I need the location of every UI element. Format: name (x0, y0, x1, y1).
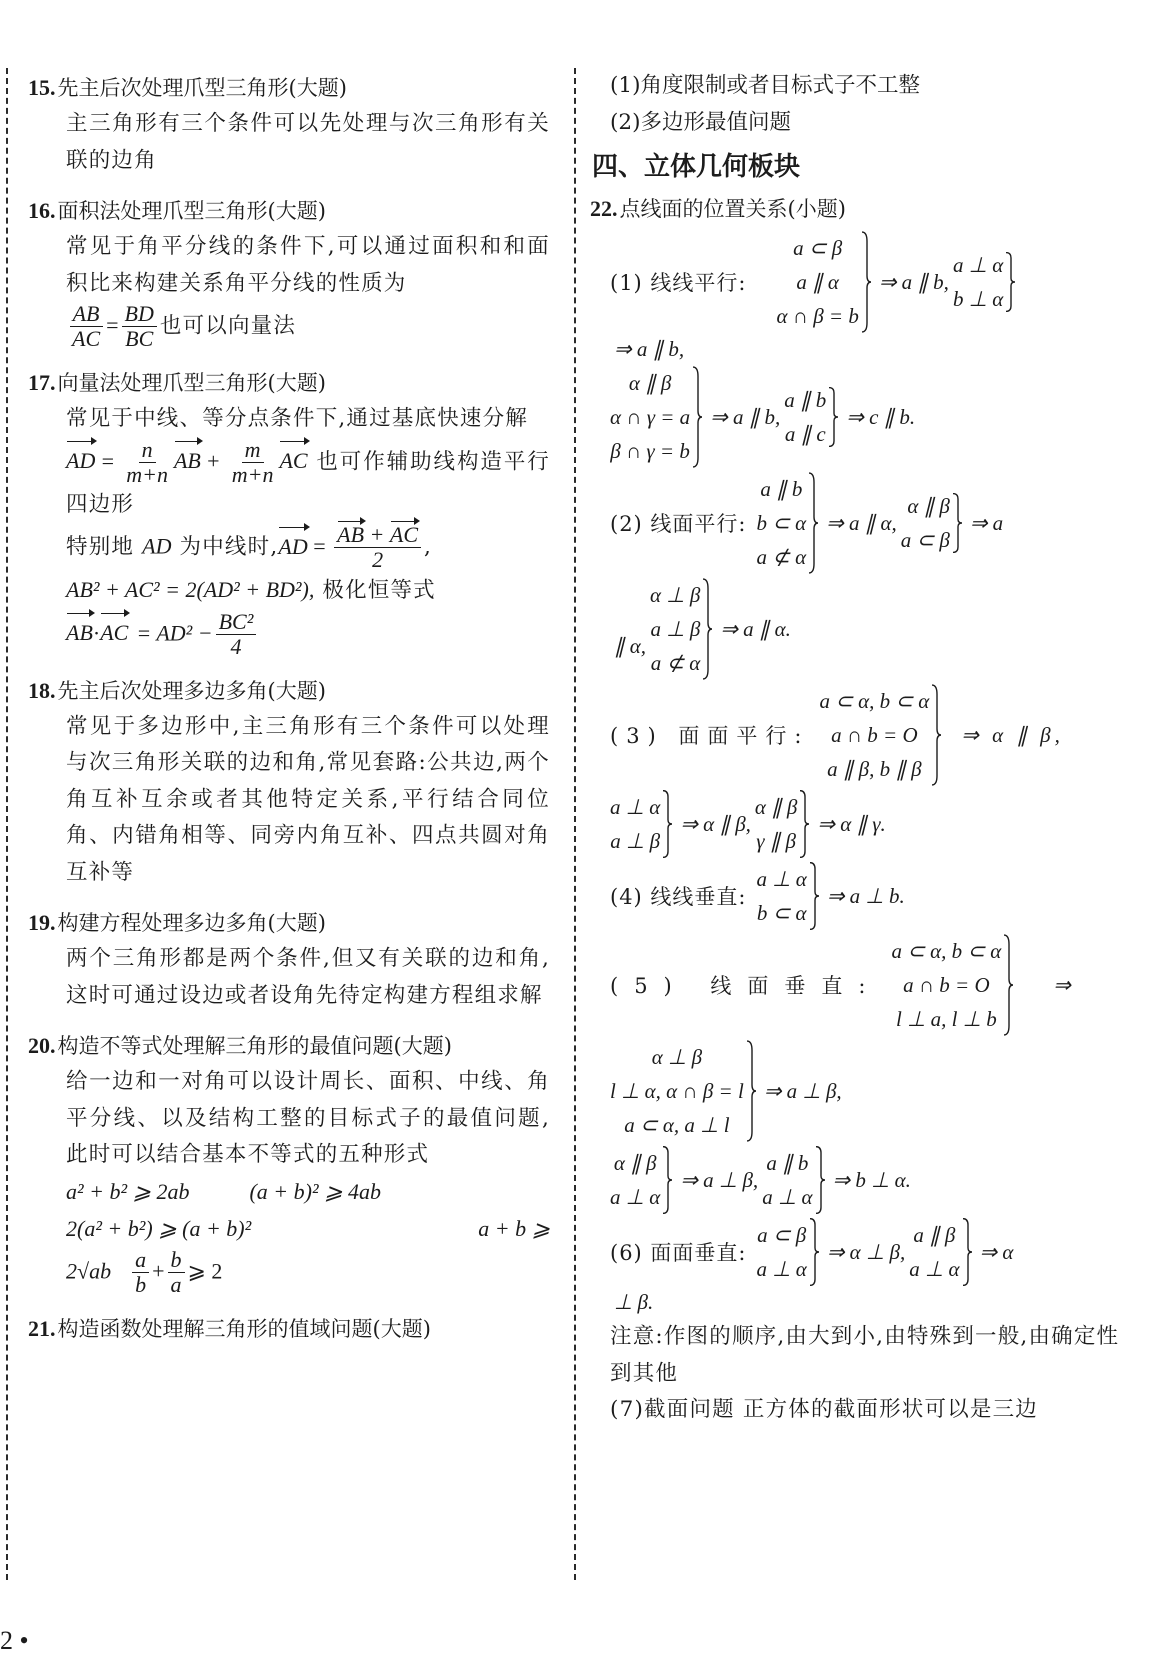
inequality-row-1: a² + b² ⩾ 2ab(a + b)² ⩾ 4ab (28, 1174, 550, 1212)
right-brace-icon (1003, 934, 1013, 1036)
item-number: 18. (28, 678, 56, 703)
angle-bisector-formula: ABAC=BDBC也可以向量法 (28, 302, 550, 351)
item-16: 16.面积法处理爪型三角形(大题) 常见于角平分线的条件下,可以通过面积和和面积… (28, 193, 550, 351)
item-number: 19. (28, 910, 56, 935)
line-line-parallel-2: α ∥ βα ∩ γ = aβ ∩ γ = b ⇒ a ∥ b, a ∥ ba … (600, 366, 1140, 468)
item-body: 常见于角平分线的条件下,可以通过面积和和面积比来构建关系角平分线的性质为 (28, 229, 550, 302)
line-line-perpendicular: (4) 线线垂直: a ⊥ αb ⊂ α ⇒ a ⊥ b. (600, 862, 1140, 930)
item-body: 常见于多边形中,主三角形有三个条件可以处理与次三角形关联的边和角,常见套路:公共… (28, 709, 550, 892)
item-body: 常见于中线、等分点条件下,通过基底快速分解 (28, 401, 550, 438)
right-brace-icon (662, 790, 672, 858)
item-title: 先主后次处理多边多角(大题) (58, 679, 326, 703)
item-number: 21. (28, 1316, 56, 1341)
parallelogram-law-formula: AB² + AC² = 2(AD² + BD²), 极化恒等式 (28, 572, 550, 610)
item-number: 20. (28, 1033, 56, 1058)
item-title: 面积法处理爪型三角形(大题) (58, 199, 326, 223)
cross-section-item: (7)截面问题 正方体的截面形状可以是三边 (600, 1392, 1140, 1429)
right-brace-icon (828, 387, 838, 447)
item-number: 15. (28, 75, 56, 100)
right-brace-icon (861, 231, 871, 333)
item-title: 先主后次处理爪型三角形(大题) (58, 76, 347, 100)
continuation-line-1: (1)角度限制或者目标式子不工整 (600, 68, 1140, 105)
item-15: 15.先主后次处理爪型三角形(大题) 主三角形有三个条件可以先处理与次三角形有关… (28, 70, 550, 179)
right-brace-icon (931, 684, 941, 786)
plane-plane-perpendicular: (6) 面面垂直: a ⊂ βa ⊥ α ⇒ α ⊥ β, a ∥ βa ⊥ α… (600, 1218, 1140, 1286)
right-brace-icon (808, 472, 818, 574)
line-plane-perpendicular-2: α ⊥ βl ⊥ α, α ∩ β = la ⊂ α, a ⊥ l ⇒ a ⊥ … (600, 1040, 1140, 1142)
inequality-row-2: 2(a² + b²) ⩾ (a + b)²a + b ⩾ (28, 1211, 550, 1248)
item-title: 构造不等式处理解三角形的最值问题(大题) (58, 1034, 452, 1058)
right-brace-icon (746, 1040, 756, 1142)
line-line-parallel-result: ⇒ a ∥ b, (600, 337, 1140, 362)
item-18: 18.先主后次处理多边多角(大题) 常见于多边形中,主三角形有三个条件可以处理与… (28, 673, 550, 892)
page-number: 2 • (0, 1626, 29, 1656)
line-plane-perpendicular: (5) 线面垂直: a ⊂ α, b ⊂ αa ∩ b = Ol ⊥ a, l … (600, 934, 1140, 1036)
line-plane-parallel-2: ∥ α, α ⊥ βa ⊥ βa ⊄ α ⇒ a ∥ α. (600, 578, 1140, 680)
item-body: 两个三角形都是两个条件,但又有关联的边和角,这时可通过设边或者设角先待定构建方程… (28, 941, 550, 1014)
note-text: 注意:作图的顺序,由大到小,由特殊到一般,由确定性到其他 (600, 1319, 1140, 1392)
plane-plane-parallel: (3) 面面平行: a ⊂ α, b ⊂ αa ∩ b = Oa ∥ β, b … (600, 684, 1140, 786)
line-plane-parallel: (2) 线面平行: a ∥ bb ⊂ αa ⊄ α ⇒ a ∥ α, α ∥ β… (600, 472, 1140, 574)
right-brace-icon (952, 493, 962, 553)
polarization-identity-formula: AB·AC = AD² −BC²4 (28, 610, 550, 659)
line-plane-perpendicular-3: α ∥ βa ⊥ α ⇒ a ⊥ β, a ∥ ba ⊥ α ⇒ b ⊥ α. (600, 1146, 1140, 1214)
item-20: 20.构造不等式处理解三角形的最值问题(大题) 给一边和一对角可以设计周长、面积… (28, 1028, 550, 1297)
item-title: 向量法处理爪型三角形(大题) (58, 371, 326, 395)
plane-plane-parallel-2: a ⊥ αa ⊥ β ⇒ α ∥ β, α ∥ βγ ∥ β ⇒ α ∥ γ. (600, 790, 1140, 858)
item-title: 点线面的位置关系(小题) (620, 197, 846, 221)
right-column: (1)角度限制或者目标式子不工整 (2)多边形最值问题 四、立体几何板块 22.… (600, 68, 1140, 1429)
median-formula: 特别地 AD 为中线时,AD = AB + AC2, (28, 523, 550, 572)
inequality-row-3: 2√abab+ba⩾ 2 (28, 1248, 550, 1297)
item-number: 17. (28, 370, 56, 395)
item-number: 22. (590, 196, 618, 221)
right-brace-icon (692, 366, 702, 468)
item-body: 主三角形有三个条件可以先处理与次三角形有关联的边角 (28, 106, 550, 179)
left-column: 15.先主后次处理爪型三角形(大题) 主三角形有三个条件可以先处理与次三角形有关… (28, 70, 550, 1361)
vector-decomposition-formula: AD = nm+nAB + mm+nAC 也可作辅助线构造平行四边形 (28, 438, 550, 524)
item-number: 16. (28, 198, 56, 223)
continuation-line-2: (2)多边形最值问题 (600, 105, 1140, 142)
right-brace-icon (962, 1218, 972, 1286)
item-19: 19.构建方程处理多边多角(大题) 两个三角形都是两个条件,但又有关联的边和角,… (28, 905, 550, 1014)
right-brace-icon (662, 1146, 672, 1214)
plane-plane-perpendicular-tail: ⊥ β. (600, 1290, 1140, 1315)
right-brace-icon (809, 1218, 819, 1286)
item-17: 17.向量法处理爪型三角形(大题) 常见于中线、等分点条件下,通过基底快速分解 … (28, 365, 550, 659)
left-dashed-border (6, 68, 8, 1580)
right-brace-icon (815, 1146, 825, 1214)
section-title: 四、立体几何板块 (592, 145, 1140, 189)
right-brace-icon (702, 578, 712, 680)
right-brace-icon (809, 862, 819, 930)
right-brace-icon (799, 790, 809, 858)
right-brace-icon (1005, 252, 1015, 312)
item-21: 21.构造函数处理解三角形的值域问题(大题) (28, 1311, 550, 1347)
item-title: 构建方程处理多边多角(大题) (58, 911, 326, 935)
line-line-parallel: (1) 线线平行: a ⊂ βa ∥ αα ∩ β = b ⇒ a ∥ b, a… (600, 231, 1140, 333)
item-body: 给一边和一对角可以设计周长、面积、中线、角平分线、以及结构工整的目标式子的最值问… (28, 1064, 550, 1174)
column-divider-dashed (574, 68, 576, 1580)
item-title: 构造函数处理解三角形的值域问题(大题) (58, 1317, 431, 1341)
